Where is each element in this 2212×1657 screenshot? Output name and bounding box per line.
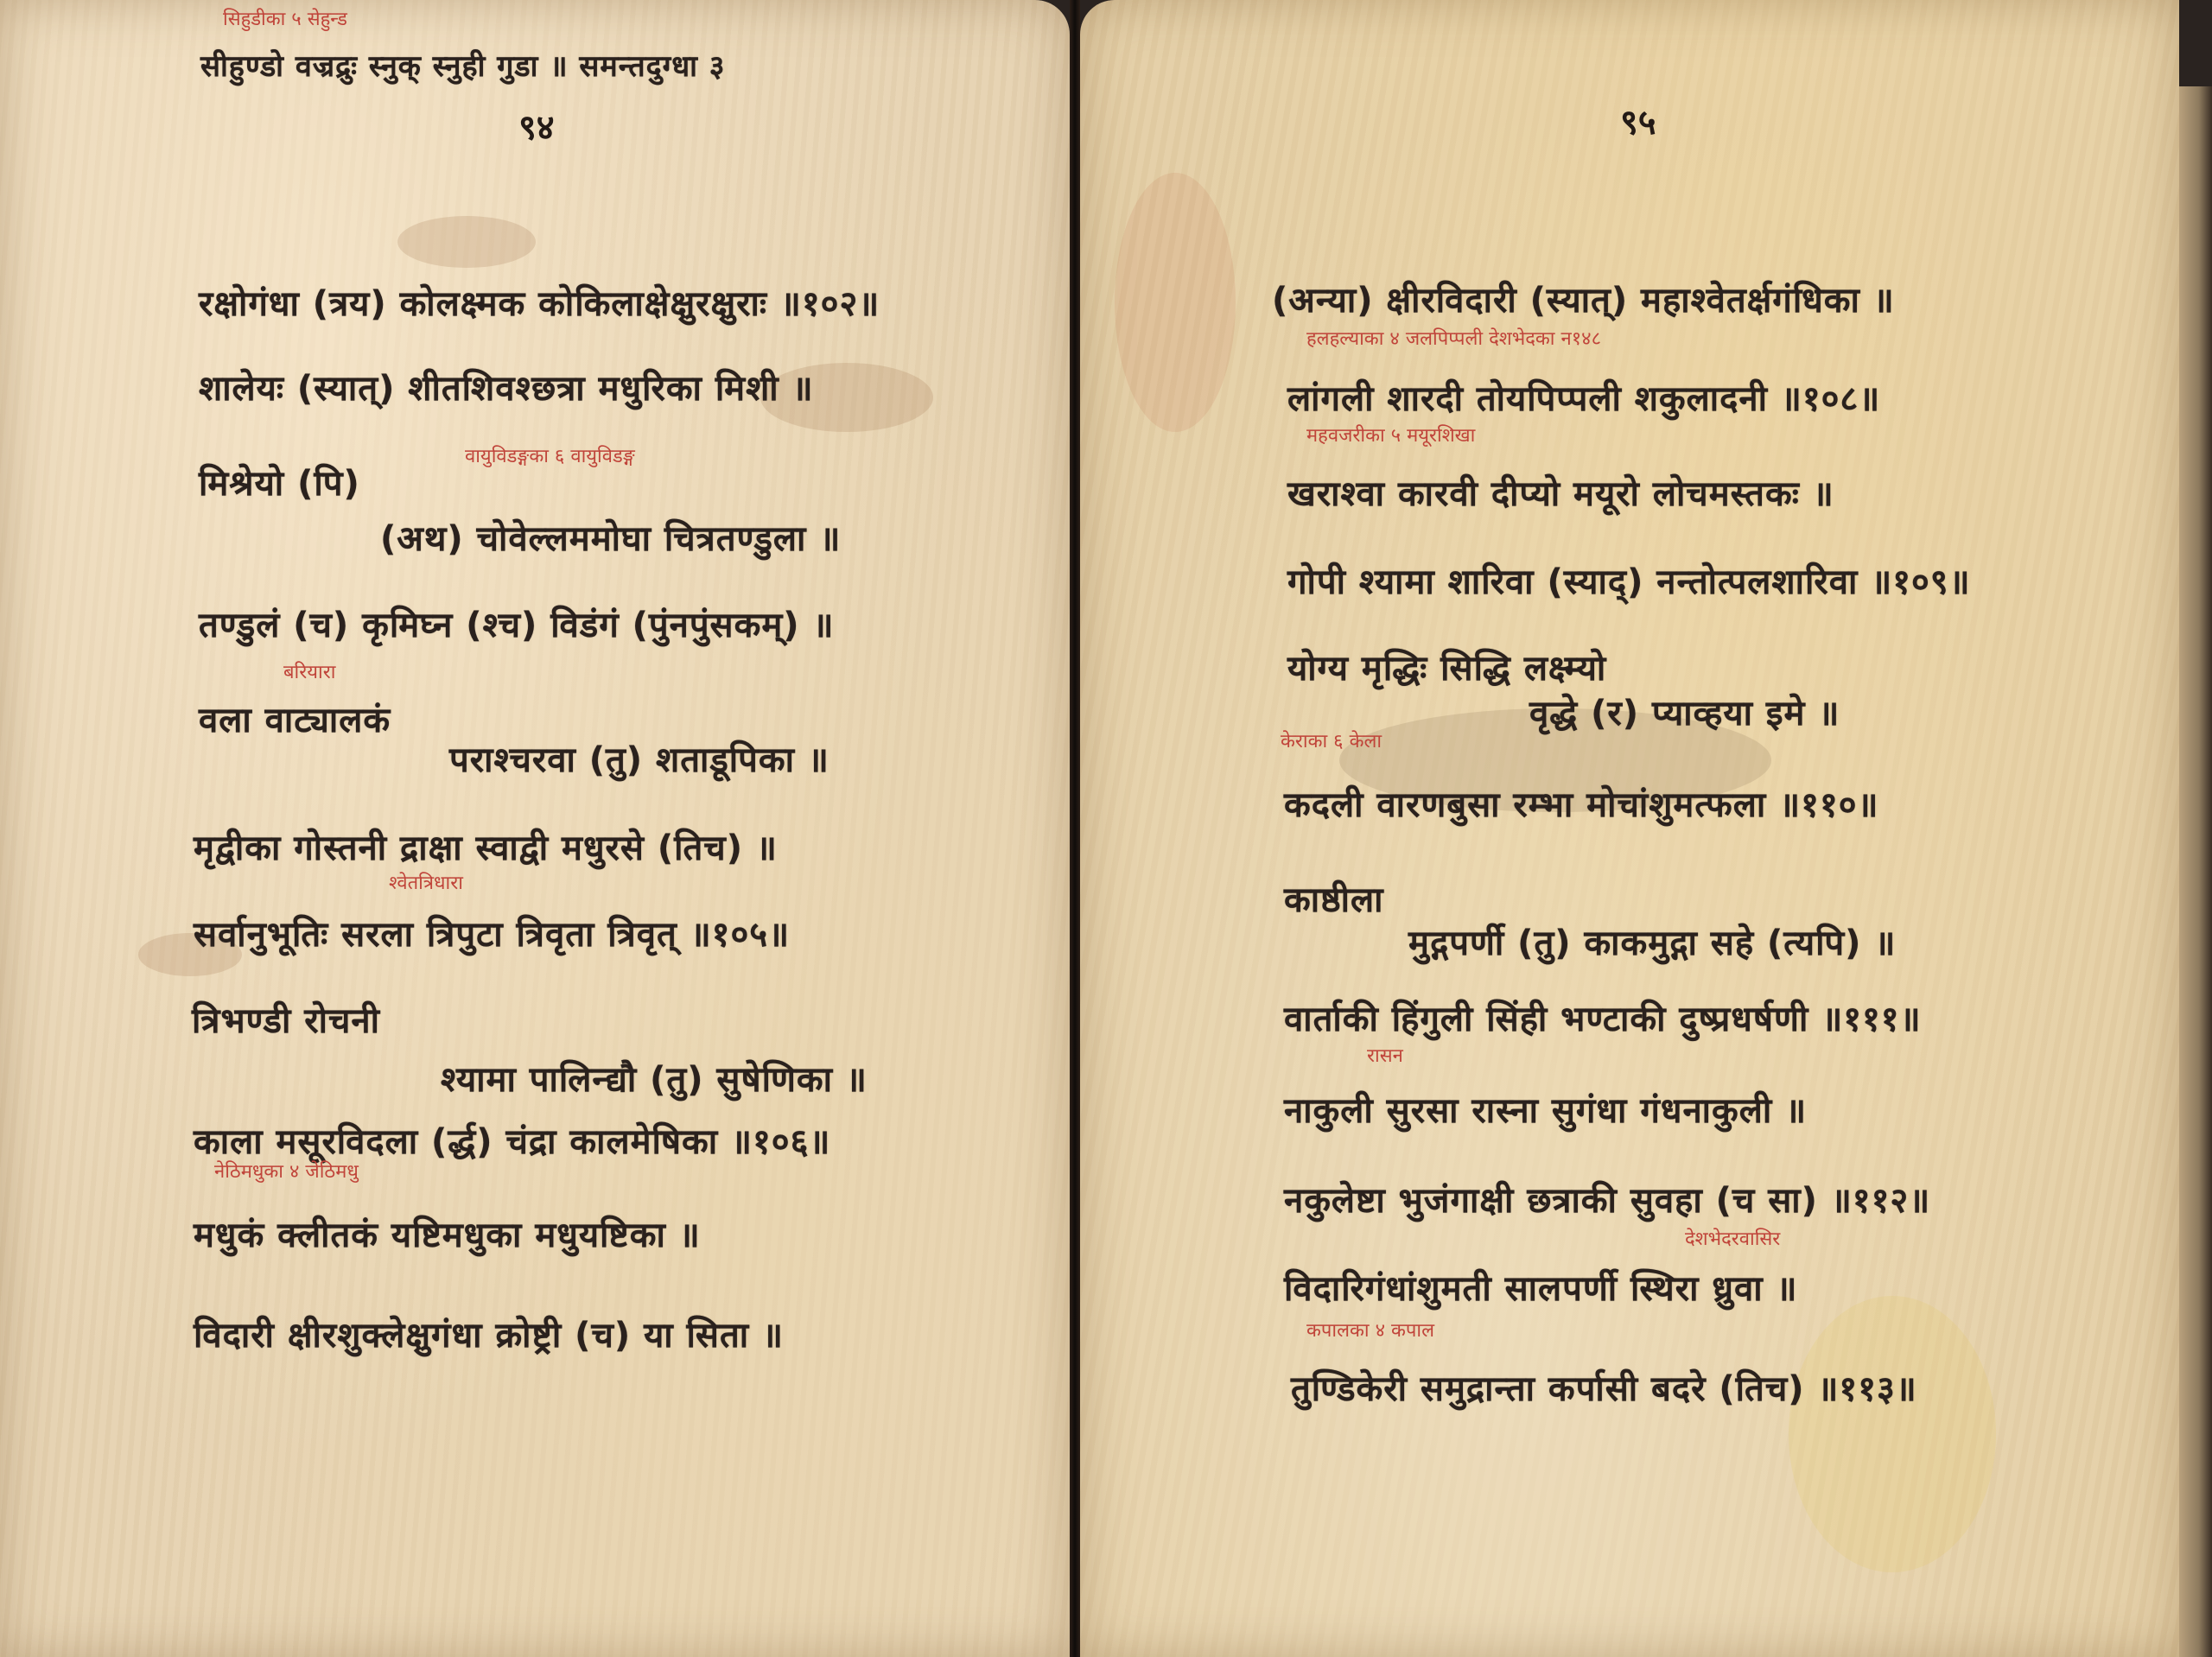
- red-gloss: बरियारा: [283, 658, 335, 684]
- red-gloss: महवजरीका ५ मयूरशिखा: [1306, 422, 1475, 448]
- red-gloss: रासन: [1367, 1042, 1403, 1068]
- top-gloss: सिहुडीका ५ सेहुन्ड: [223, 5, 347, 31]
- verse-line: (अथ) चोवेल्लममोघा चित्रतण्डुला ॥: [380, 513, 841, 561]
- paper-stain: [397, 216, 536, 268]
- red-gloss: देशभेदरवासिर: [1685, 1225, 1780, 1251]
- right-page: ९५ (अन्या) क्षीरविदारी (स्यात्) महाश्वेत…: [1080, 0, 2179, 1657]
- verse-line: मृद्वीका गोस्तनी द्राक्षा स्वाद्वी मधुरस…: [194, 822, 778, 870]
- red-gloss: नेठिमधुका ४ जेठिमधु: [214, 1158, 359, 1184]
- verse-line: खराश्वा कारवी दीप्यो मयूरो लोचमस्तकः ॥: [1287, 468, 1834, 516]
- top-line: सीहुण्डो वज्रद्रुः स्नुक् स्नुही गुडा ॥ …: [200, 45, 725, 85]
- verse-line: तुण्डिकेरी समुद्रान्ता कर्पासी बदरे (तिच…: [1291, 1363, 1917, 1411]
- paper-stain: [1789, 1296, 1996, 1572]
- verse-line: (अन्या) क्षीरविदारी (स्यात्) महाश्वेतर्क…: [1272, 275, 1895, 322]
- paper-stain: [1115, 173, 1236, 432]
- folio-number: ९४: [518, 102, 555, 149]
- verse-line: गोपी श्यामा शारिवा (स्याद्) नन्तोत्पलशार…: [1287, 556, 1971, 604]
- red-gloss: श्वेतत्रिधारा: [389, 869, 463, 895]
- verse-line: रक्षोगंधा (त्रय) कोलक्ष्मक कोकिलाक्षेक्ष…: [199, 278, 880, 326]
- verse-line: सर्वानुभूतिः सरला त्रिपुटा त्रिवृता त्रि…: [194, 909, 790, 956]
- verse-line: मुद्गपर्णी (तु) काकमुद्गा सहे (त्यपि) ॥: [1408, 917, 1896, 965]
- verse-line: काष्ठीला: [1284, 874, 1383, 922]
- left-page: सिहुडीका ५ सेहुन्ड सीहुण्डो वज्रद्रुः स्…: [0, 0, 1070, 1657]
- verse-line: नाकुली सुरसा रास्ना सुगंधा गंधनाकुली ॥: [1284, 1085, 1807, 1133]
- verse-line: श्यामा पालिन्द्यौ (तु) सुषेणिका ॥: [441, 1054, 868, 1101]
- verse-line: विदारी क्षीरशुक्लेक्षुगंधा क्रोष्ट्री (च…: [194, 1310, 784, 1357]
- verse-line: वार्ताकी हिंगुली सिंही भण्टाकी दुष्प्रधर…: [1284, 994, 1922, 1041]
- verse-line: काला मसूरविदला (र्द्ध) चंद्रा कालमेषिका …: [194, 1116, 830, 1164]
- verse-line: तण्डुलं (च) कृमिघ्न (श्च) विडंगं (पुंनपु…: [199, 600, 834, 647]
- verse-line: वृद्धे (र) प्याव्हया इमे ॥: [1529, 688, 1840, 735]
- verse-line: वला वाट्यालकं: [199, 695, 391, 742]
- verse-line: त्रिभण्डी रोचनी: [192, 995, 380, 1043]
- verse-line: पराश्चरवा (तु) शताडूपिका ॥: [449, 734, 829, 782]
- verse-line: विदारिगंधांशुमती सालपर्णी स्थिरा ध्रुवा …: [1284, 1263, 1797, 1311]
- verse-line: योग्य मृद्धिः सिद्धि लक्ष्म्यो: [1287, 643, 1606, 690]
- page-edges: [2179, 86, 2212, 1657]
- red-gloss: केराका ६ केला: [1281, 727, 1382, 753]
- verse-line: मिश्रेयो (पि): [199, 458, 360, 505]
- red-gloss: कपालका ४ कपाल: [1306, 1317, 1434, 1343]
- verse-line: मधुकं क्लीतकं यष्टिमधुका मधुयष्टिका ॥: [194, 1209, 701, 1257]
- red-gloss: हलहल्याका ४ जलपिप्पली देशभेदका न१४८: [1306, 325, 1601, 351]
- verse-line: शालेयः (स्यात्) शीतशिवश्छत्रा मधुरिका मि…: [199, 363, 814, 410]
- folio-number: ९५: [1620, 97, 1656, 144]
- verse-line: लांगली शारदी तोयपिप्पली शकुलादनी ॥१०८॥: [1287, 373, 1880, 421]
- book-gutter: [1070, 0, 1080, 1657]
- verse-line: कदली वारणबुसा रम्भा मोचांशुमत्फला ॥११०॥: [1284, 779, 1879, 827]
- verse-line: नकुलेष्टा भुजंगाक्षी छत्राकी सुवहा (च सा…: [1284, 1175, 1930, 1222]
- red-gloss: वायुविडङ्गका ६ वायुविडङ्ग: [465, 442, 635, 468]
